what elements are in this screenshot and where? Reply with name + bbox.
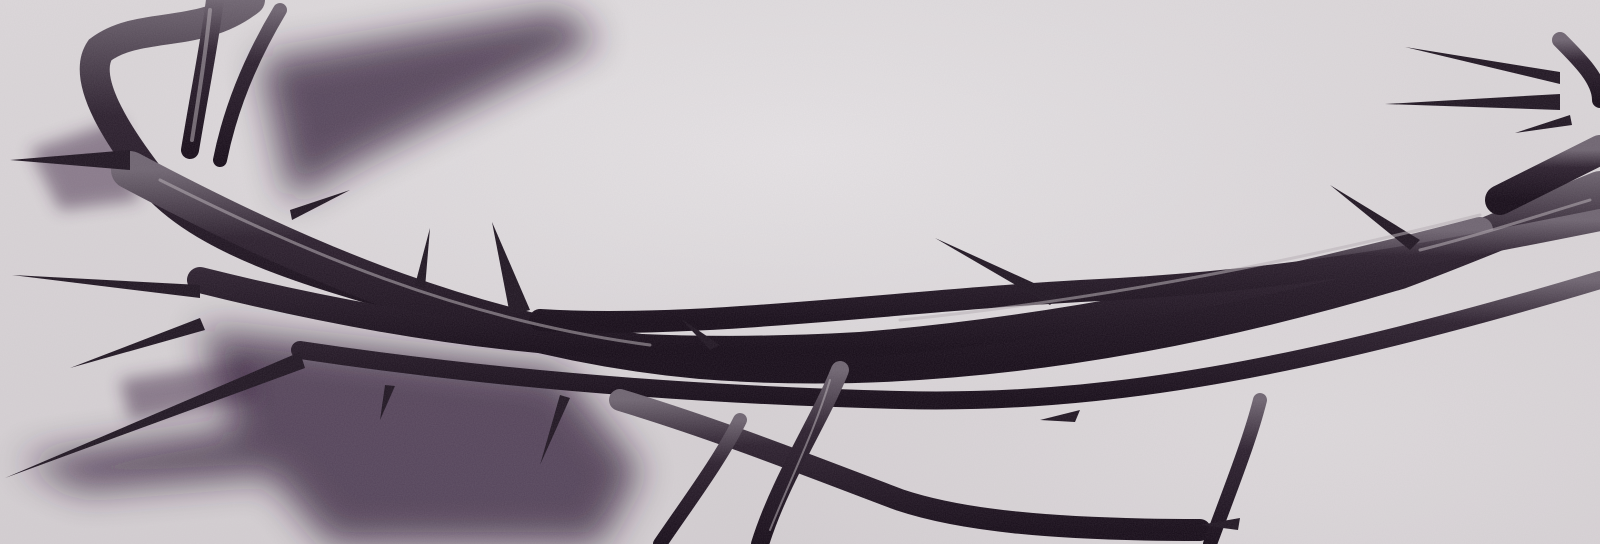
crown-of-thorns-photo: [0, 0, 1600, 544]
photo-illustration: [0, 0, 1600, 544]
